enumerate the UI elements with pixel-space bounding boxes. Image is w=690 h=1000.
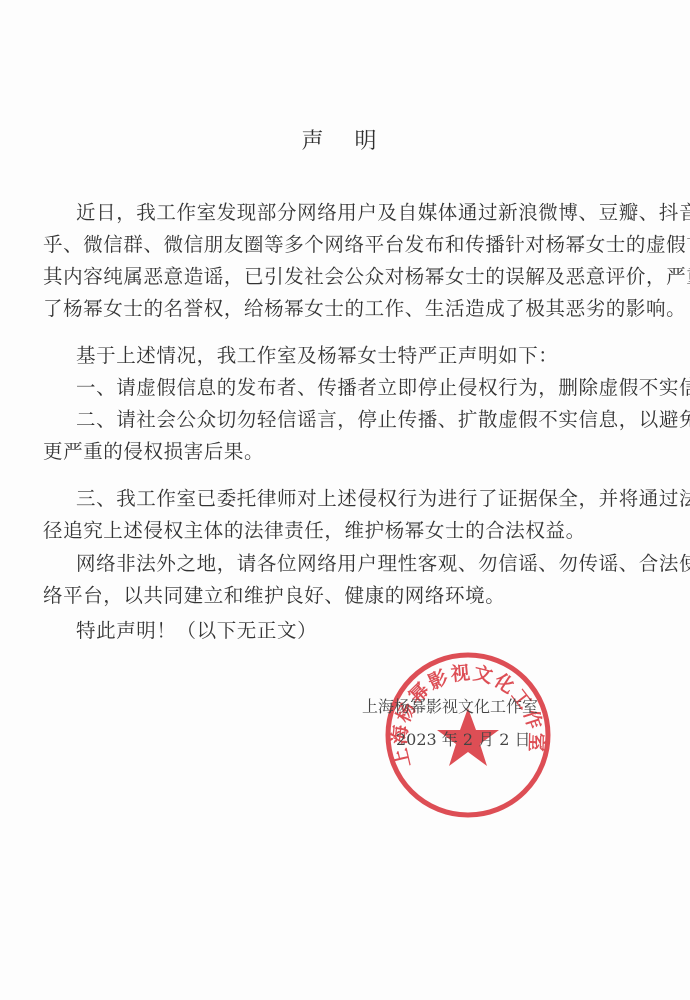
body-line: 径追究上述侵权主体的法律责任，维护杨幂女士的合法权益。	[43, 518, 668, 544]
body-line: 一、请虚假信息的发布者、传播者立即停止侵权行为，删除虚假不实信息。	[76, 375, 690, 401]
body-line: 更严重的侵权损害后果。	[43, 439, 668, 465]
body-line: 特此声明！（以下无正文）	[76, 618, 690, 644]
signature-date: 2023 年 2 月 2 日	[396, 727, 531, 750]
body-line: 其内容纯属恶意造谣，已引发社会公众对杨幂女士的误解及恶意评价，严重侵害	[43, 264, 668, 290]
body-line: 二、请社会公众切勿轻信谣言，停止传播、扩散虚假不实信息，以避免造成	[76, 407, 690, 433]
body-line: 乎、微信群、微信朋友圈等多个网络平台发布和传播针对杨幂女士的虚假言论，	[43, 232, 668, 258]
body-line: 了杨幂女士的名誉权，给杨幂女士的工作、生活造成了极其恶劣的影响。	[43, 296, 668, 322]
document-title: 声 明	[0, 124, 690, 155]
body-line: 基于上述情况，我工作室及杨幂女士特严正声明如下：	[76, 343, 690, 369]
body-line: 近日，我工作室发现部分网络用户及自媒体通过新浪微博、豆瓣、抖音、知	[76, 200, 690, 226]
body-line: 络平台，以共同建立和维护良好、健康的网络环境。	[43, 583, 668, 609]
body-line: 三、我工作室已委托律师对上述侵权行为进行了证据保全，并将通过法律途	[76, 486, 690, 512]
body-line: 网络非法外之地，请各位网络用户理性客观、勿信谣、勿传谣、合法使用网	[76, 551, 690, 577]
signature-organization: 上海杨幂影视文化工作室	[362, 694, 538, 717]
